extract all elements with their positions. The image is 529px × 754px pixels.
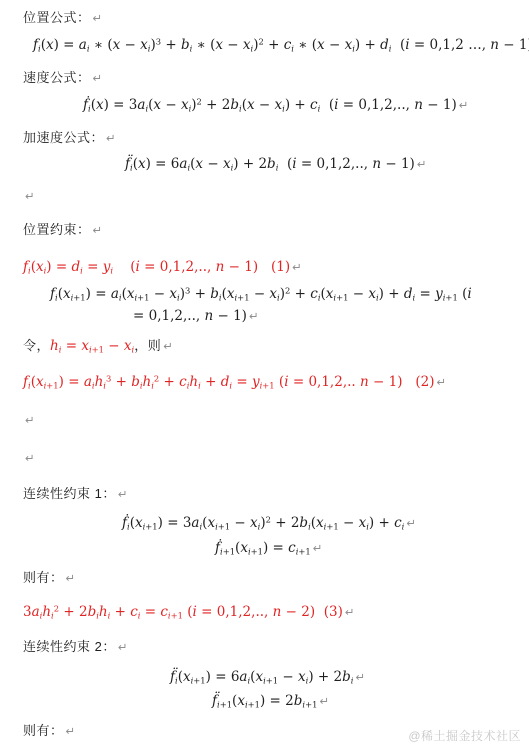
- formula-position-constraint-1: fi(xi) = di = yi (i = 0,1,2,.., n − 1) (…: [23, 257, 302, 277]
- paragraph-return-mark-icon: ↵: [23, 189, 35, 203]
- paragraph-return-mark-icon: ↵: [435, 375, 447, 389]
- label-text: 令，: [23, 338, 50, 353]
- formula-text: ḟi(xi+1) = 3ai(xi+1 − xi)2 + 2bi(xi+1 − …: [122, 515, 404, 531]
- formula-text: f̈i(xi+1) = 6ai(xi+1 − xi) + 2bi: [170, 669, 353, 685]
- empty-paragraph: ↵: [23, 410, 35, 430]
- paragraph-return-mark-icon: ↵: [311, 541, 323, 555]
- paragraph-return-mark-icon: ↵: [23, 451, 35, 465]
- paragraph-return-mark-icon: ↵: [290, 260, 302, 274]
- paragraph-return-mark-icon: ↵: [247, 309, 259, 323]
- formula-text: = 0,1,2,.., n − 1): [133, 308, 247, 324]
- paragraph-return-mark-icon: ↵: [91, 11, 103, 25]
- line-then-have: 则有：↵: [23, 721, 75, 741]
- formula-text: hi = xi+1 − xi: [50, 338, 134, 354]
- formula-acceleration-continuity-line2: f̈i+1(xi+1) = 2bi+1↵: [212, 691, 329, 711]
- label-text: 位置约束：: [23, 222, 91, 237]
- empty-paragraph: ↵: [23, 448, 35, 468]
- formula-acceleration-continuity-line1: f̈i(xi+1) = 6ai(xi+1 − xi) + 2bi↵: [170, 667, 365, 687]
- document-page: 位置公式：↵fi(x) = ai ∗ (x − xi)3 + bi ∗ (x −…: [0, 0, 529, 754]
- formula-text: fi(xi+1) = ai(xi+1 − xi)3 + bi(xi+1 − xi…: [50, 286, 472, 302]
- paragraph-return-mark-icon: ↵: [353, 670, 365, 684]
- empty-paragraph: ↵: [23, 186, 35, 206]
- formula-acceleration: f̈i(x) = 6ai(x − xi) + 2bi (i = 0,1,2,..…: [125, 154, 426, 174]
- formula-text: ḟi+1(xi+1) = ci+1: [215, 540, 311, 556]
- line-let-h-definition: 令，hi = xi+1 − xi，则↵: [23, 336, 173, 356]
- formula-velocity-continuity-line2: ḟi+1(xi+1) = ci+1↵: [215, 538, 322, 558]
- paragraph-return-mark-icon: ↵: [91, 71, 103, 85]
- label-text: ，则: [134, 338, 161, 353]
- formula-text: fi(x) = ai ∗ (x − xi)3 + bi ∗ (x − xi)2 …: [33, 37, 529, 53]
- formula-position: fi(x) = ai ∗ (x − xi)3 + bi ∗ (x − xi)2 …: [33, 35, 529, 55]
- watermark: @稀土掘金技术社区: [408, 727, 521, 744]
- formula-position-constraint-2-line2: = 0,1,2,.., n − 1)↵: [133, 306, 259, 326]
- formula-velocity: ḟi(x) = 3ai(x − xi)2 + 2bi(x − xi) + ci …: [83, 95, 468, 115]
- label-text: 则有：: [23, 723, 64, 738]
- label-text: 连续性约束 1：: [23, 486, 116, 501]
- paragraph-return-mark-icon: ↵: [161, 339, 173, 353]
- paragraph-return-mark-icon: ↵: [91, 223, 103, 237]
- formula-velocity-continuity-line1: ḟi(xi+1) = 3ai(xi+1 − xi)2 + 2bi(xi+1 − …: [122, 513, 416, 533]
- heading-position-formula: 位置公式：↵: [23, 8, 102, 28]
- label-text: 连续性约束 2：: [23, 639, 116, 654]
- label-text: 加速度公式：: [23, 130, 104, 145]
- paragraph-return-mark-icon: ↵: [64, 724, 76, 738]
- formula-position-constraint-2-simplified: fi(xi+1) = aihi3 + bihi2 + cihi + di = y…: [23, 372, 446, 392]
- formula-text: f̈i+1(xi+1) = 2bi+1: [212, 693, 317, 709]
- formula-text: fi(xi+1) = aihi3 + bihi2 + cihi + di = y…: [23, 374, 435, 390]
- formula-text: fi(xi) = di = yi (i = 0,1,2,.., n − 1) (…: [23, 259, 290, 275]
- line-then-have: 则有：↵: [23, 568, 75, 588]
- heading-continuity-constraint-2: 连续性约束 2：↵: [23, 637, 127, 657]
- label-text: 速度公式：: [23, 70, 91, 85]
- paragraph-return-mark-icon: ↵: [415, 157, 427, 171]
- paragraph-return-mark-icon: ↵: [317, 694, 329, 708]
- paragraph-return-mark-icon: ↵: [23, 413, 35, 427]
- formula-text: 3aihi2 + 2bihi + ci = ci+1 (i = 0,1,2,..…: [23, 604, 343, 620]
- paragraph-return-mark-icon: ↵: [457, 98, 469, 112]
- heading-velocity-formula: 速度公式：↵: [23, 68, 102, 88]
- paragraph-return-mark-icon: ↵: [116, 640, 128, 654]
- heading-position-constraint: 位置约束：↵: [23, 220, 102, 240]
- formula-text: f̈i(x) = 6ai(x − xi) + 2bi (i = 0,1,2,..…: [125, 156, 415, 172]
- heading-acceleration-formula: 加速度公式：↵: [23, 128, 116, 148]
- formula-continuity-constraint-1-result: 3aihi2 + 2bihi + ci = ci+1 (i = 0,1,2,..…: [23, 602, 355, 622]
- paragraph-return-mark-icon: ↵: [104, 131, 116, 145]
- formula-position-constraint-2-line1: fi(xi+1) = ai(xi+1 − xi)3 + bi(xi+1 − xi…: [50, 284, 472, 304]
- paragraph-return-mark-icon: ↵: [343, 605, 355, 619]
- paragraph-return-mark-icon: ↵: [404, 516, 416, 530]
- paragraph-return-mark-icon: ↵: [64, 571, 76, 585]
- heading-continuity-constraint-1: 连续性约束 1：↵: [23, 484, 127, 504]
- formula-text: ḟi(x) = 3ai(x − xi)2 + 2bi(x − xi) + ci …: [83, 97, 457, 113]
- label-text: 则有：: [23, 570, 64, 585]
- label-text: 位置公式：: [23, 10, 91, 25]
- paragraph-return-mark-icon: ↵: [116, 487, 128, 501]
